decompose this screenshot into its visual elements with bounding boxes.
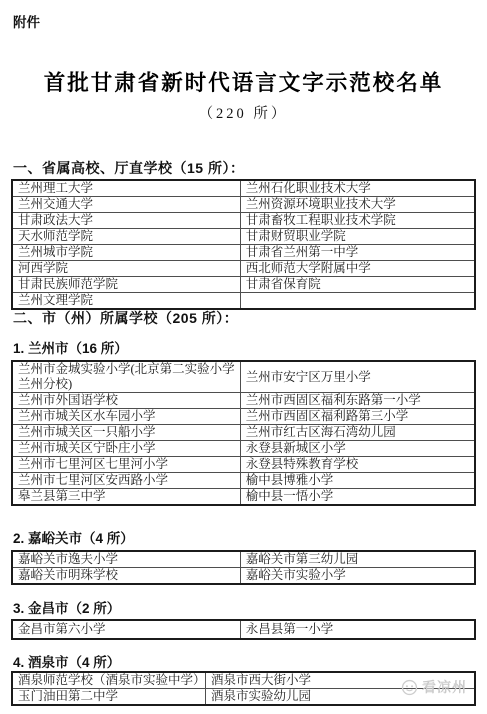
- table-row: 兰州市七里河区七里河小学永登县特殊教育学校: [12, 457, 475, 473]
- school-cell: 甘肃民族师范学院: [12, 277, 240, 293]
- jiayuguan-schools-table: 嘉峪关市逸夫小学嘉峪关市第三幼儿园嘉峪关市明珠学校嘉峪关市实验小学: [11, 550, 476, 585]
- table-row: 兰州市城关区水车园小学兰州市西固区福利路第三小学: [12, 409, 475, 425]
- school-cell: 榆中县一悟小学: [240, 489, 475, 506]
- school-cell: 西北师范大学附属中学: [240, 261, 475, 277]
- table-row: 兰州市金城实验小学(北京第二实验小学兰州分校)兰州市安宁区万里小学: [12, 361, 475, 393]
- school-cell: 兰州市外国语学校: [12, 393, 240, 409]
- table-row: 甘肃政法大学甘肃畜牧工程职业技术学院: [12, 213, 475, 229]
- school-cell: 兰州市城关区一只船小学: [12, 425, 240, 441]
- table-row: 嘉峪关市明珠学校嘉峪关市实验小学: [12, 568, 475, 585]
- school-cell: 玉门油田第二中学: [12, 689, 206, 706]
- school-cell: 兰州市城关区宁卧庄小学: [12, 441, 240, 457]
- school-cell: 兰州文理学院: [12, 293, 240, 310]
- school-cell: 甘肃省兰州第一中学: [240, 245, 475, 261]
- school-cell: 嘉峪关市逸夫小学: [12, 551, 240, 568]
- school-cell: 兰州市七里河区安西路小学: [12, 473, 240, 489]
- table-row: 嘉峪关市逸夫小学嘉峪关市第三幼儿园: [12, 551, 475, 568]
- table-row: 兰州市城关区宁卧庄小学永登县新城区小学: [12, 441, 475, 457]
- subsection-heading-lanzhou: 1. 兰州市（16 所）: [13, 337, 128, 357]
- school-cell: 兰州理工大学: [12, 180, 240, 197]
- school-cell: 甘肃政法大学: [12, 213, 240, 229]
- school-cell: 天水师范学院: [12, 229, 240, 245]
- table-row: 皋兰县第三中学榆中县一悟小学: [12, 489, 475, 506]
- school-cell: 永登县特殊教育学校: [240, 457, 475, 473]
- school-cell: 兰州城市学院: [12, 245, 240, 261]
- table-row: 兰州理工大学兰州石化职业技术大学: [12, 180, 475, 197]
- section-heading-province: 一、省属高校、厅直学校（15 所）：: [13, 158, 244, 178]
- subsection-heading-jiuquan: 4. 酒泉市（4 所）: [13, 651, 120, 671]
- school-cell: 兰州市金城实验小学(北京第二实验小学兰州分校): [12, 361, 240, 393]
- school-cell: 兰州市七里河区七里河小学: [12, 457, 240, 473]
- province-schools-table: 兰州理工大学兰州石化职业技术大学兰州交通大学兰州资源环境职业技术大学甘肃政法大学…: [11, 179, 476, 310]
- section-heading-municipal: 二、市（州）所属学校（205 所）：: [13, 308, 238, 328]
- table-row: 兰州交通大学兰州资源环境职业技术大学: [12, 197, 475, 213]
- school-cell: 兰州资源环境职业技术大学: [240, 197, 475, 213]
- school-cell: 兰州市西固区福利路第三小学: [240, 409, 475, 425]
- school-cell: 甘肃省保育院: [240, 277, 475, 293]
- school-cell: 兰州市城关区水车园小学: [12, 409, 240, 425]
- lanzhou-schools-table: 兰州市金城实验小学(北京第二实验小学兰州分校)兰州市安宁区万里小学兰州市外国语学…: [11, 360, 476, 506]
- table-row: 金昌市第六小学永昌县第一小学: [12, 620, 475, 639]
- school-cell: 永登县新城区小学: [240, 441, 475, 457]
- school-cell: 兰州市安宁区万里小学: [240, 361, 475, 393]
- jiuquan-schools-table: 酒泉师范学校（酒泉市实验中学）酒泉市西大街小学玉门油田第二中学酒泉市实验幼儿园: [11, 671, 476, 706]
- school-cell: 河西学院: [12, 261, 240, 277]
- document-title: 首批甘肃省新时代语言文字示范校名单: [0, 66, 487, 97]
- school-cell: 兰州石化职业技术大学: [240, 180, 475, 197]
- table-row: 甘肃民族师范学院甘肃省保育院: [12, 277, 475, 293]
- school-cell: 酒泉市实验幼儿园: [206, 689, 475, 706]
- table-row: 兰州市七里河区安西路小学榆中县博雅小学: [12, 473, 475, 489]
- table-row: 兰州市外国语学校兰州市西固区福利东路第一小学: [12, 393, 475, 409]
- table-row: 兰州文理学院: [12, 293, 475, 310]
- table-row: 河西学院西北师范大学附属中学: [12, 261, 475, 277]
- school-cell: [240, 293, 475, 310]
- school-cell: 嘉峪关市明珠学校: [12, 568, 240, 585]
- table-row: 天水师范学院甘肃财贸职业学院: [12, 229, 475, 245]
- table-row: 玉门油田第二中学酒泉市实验幼儿园: [12, 689, 475, 706]
- document-page: 附件 首批甘肃省新时代语言文字示范校名单 （220 所） 一、省属高校、厅直学校…: [0, 0, 487, 714]
- subsection-heading-jinchang: 3. 金昌市（2 所）: [13, 597, 120, 617]
- school-cell: 皋兰县第三中学: [12, 489, 240, 506]
- school-cell: 甘肃畜牧工程职业技术学院: [240, 213, 475, 229]
- table-row: 酒泉师范学校（酒泉市实验中学）酒泉市西大街小学: [12, 672, 475, 689]
- school-cell: 兰州市西固区福利东路第一小学: [240, 393, 475, 409]
- jinchang-schools-table: 金昌市第六小学永昌县第一小学: [11, 619, 476, 640]
- attachment-label: 附件: [13, 11, 40, 31]
- school-cell: 金昌市第六小学: [12, 620, 240, 639]
- school-cell: 榆中县博雅小学: [240, 473, 475, 489]
- school-cell: 酒泉师范学校（酒泉市实验中学）: [12, 672, 206, 689]
- subsection-heading-jiayuguan: 2. 嘉峪关市（4 所）: [13, 527, 134, 547]
- school-cell: 嘉峪关市实验小学: [240, 568, 475, 585]
- table-row: 兰州市城关区一只船小学兰州市红古区海石湾幼儿园: [12, 425, 475, 441]
- school-cell: 酒泉市西大街小学: [206, 672, 475, 689]
- school-cell: 永昌县第一小学: [240, 620, 475, 639]
- table-row: 兰州城市学院甘肃省兰州第一中学: [12, 245, 475, 261]
- school-count-line: （220 所）: [0, 102, 487, 123]
- school-cell: 兰州交通大学: [12, 197, 240, 213]
- school-cell: 嘉峪关市第三幼儿园: [240, 551, 475, 568]
- school-cell: 兰州市红古区海石湾幼儿园: [240, 425, 475, 441]
- school-cell: 甘肃财贸职业学院: [240, 229, 475, 245]
